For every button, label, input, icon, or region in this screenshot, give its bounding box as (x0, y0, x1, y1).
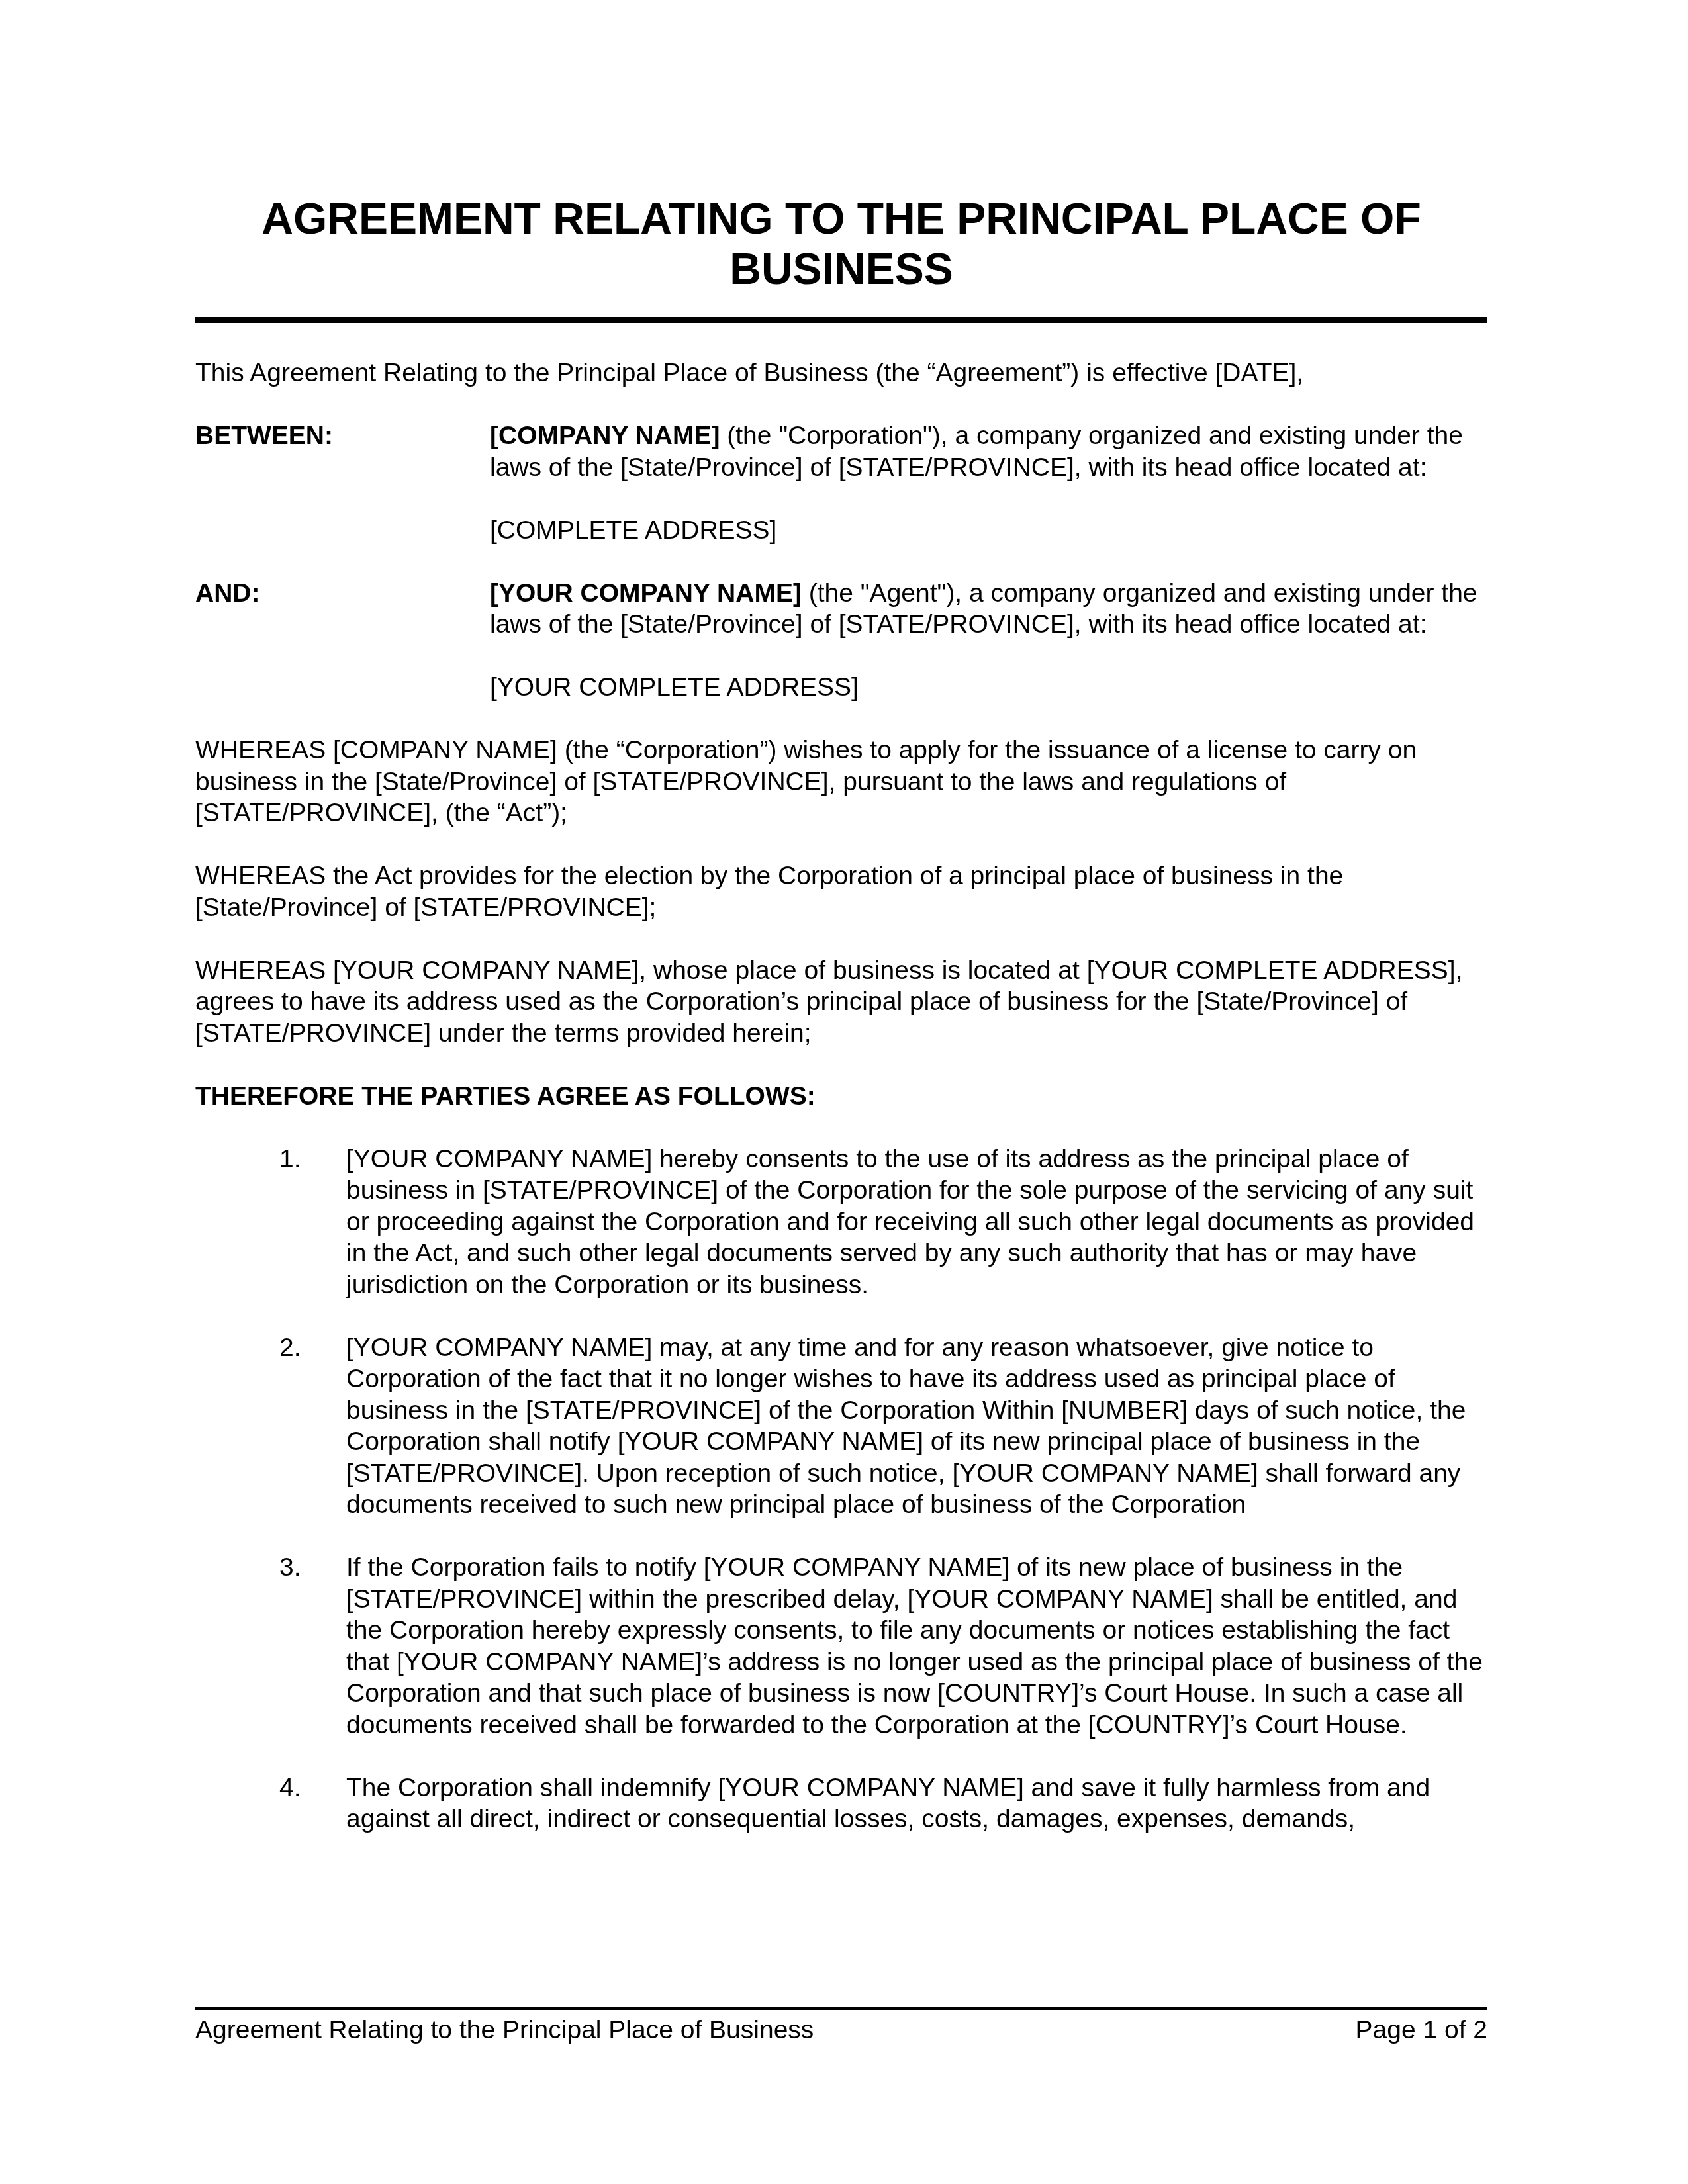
party-detail: [COMPANY NAME] (the "Corporation"), a co… (490, 420, 1487, 546)
clause-item: 4. The Corporation shall indemnify [YOUR… (195, 1772, 1487, 1835)
agreement-heading: THEREFORE THE PARTIES AGREE AS FOLLOWS: (195, 1081, 1487, 1113)
clause-item: 3. If the Corporation fails to notify [Y… (195, 1552, 1487, 1741)
party-label: AND: (195, 578, 490, 704)
clause-text: If the Corporation fails to notify [YOUR… (346, 1552, 1487, 1741)
document-body: This Agreement Relating to the Principal… (195, 357, 1487, 1866)
clause-text: [YOUR COMPANY NAME] may, at any time and… (346, 1332, 1487, 1521)
page-footer: Agreement Relating to the Principal Plac… (195, 2015, 1487, 2046)
recital-paragraph: WHEREAS the Act provides for the electio… (195, 860, 1487, 923)
page-number: Page 1 of 2 (1356, 2015, 1488, 2046)
clause-list: 1. [YOUR COMPANY NAME] hereby consents t… (195, 1144, 1487, 1835)
clause-item: 2. [YOUR COMPANY NAME] may, at any time … (195, 1332, 1487, 1521)
recital-paragraph: WHEREAS [YOUR COMPANY NAME], whose place… (195, 955, 1487, 1050)
party-detail: [YOUR COMPANY NAME] (the "Agent"), a com… (490, 578, 1487, 704)
clause-number: 2. (195, 1332, 346, 1521)
document-title: AGREEMENT RELATING TO THE PRINCIPAL PLAC… (195, 193, 1487, 294)
clause-number: 1. (195, 1144, 346, 1301)
intro-paragraph: This Agreement Relating to the Principal… (195, 357, 1487, 389)
party-description: [YOUR COMPANY NAME] (the "Agent"), a com… (490, 578, 1487, 641)
clause-item: 1. [YOUR COMPANY NAME] hereby consents t… (195, 1144, 1487, 1301)
party-between: BETWEEN: [COMPANY NAME] (the "Corporatio… (195, 420, 1487, 546)
footer-divider (195, 2007, 1487, 2010)
title-divider (195, 317, 1487, 323)
party-and: AND: [YOUR COMPANY NAME] (the "Agent"), … (195, 578, 1487, 704)
party-address: [YOUR COMPLETE ADDRESS] (490, 672, 1487, 704)
party-address: [COMPLETE ADDRESS] (490, 515, 1487, 547)
footer-title: Agreement Relating to the Principal Plac… (195, 2015, 814, 2046)
party-description: [COMPANY NAME] (the "Corporation"), a co… (490, 420, 1487, 483)
party-name: [YOUR COMPANY NAME] (490, 579, 802, 608)
clause-number: 3. (195, 1552, 346, 1741)
clause-text: [YOUR COMPANY NAME] hereby consents to t… (346, 1144, 1487, 1301)
party-name: [COMPANY NAME] (490, 422, 720, 450)
clause-number: 4. (195, 1772, 346, 1835)
clause-text: The Corporation shall indemnify [YOUR CO… (346, 1772, 1487, 1835)
recital-paragraph: WHEREAS [COMPANY NAME] (the “Corporation… (195, 735, 1487, 829)
party-label: BETWEEN: (195, 420, 490, 546)
document-page: AGREEMENT RELATING TO THE PRINCIPAL PLAC… (195, 0, 1487, 2184)
